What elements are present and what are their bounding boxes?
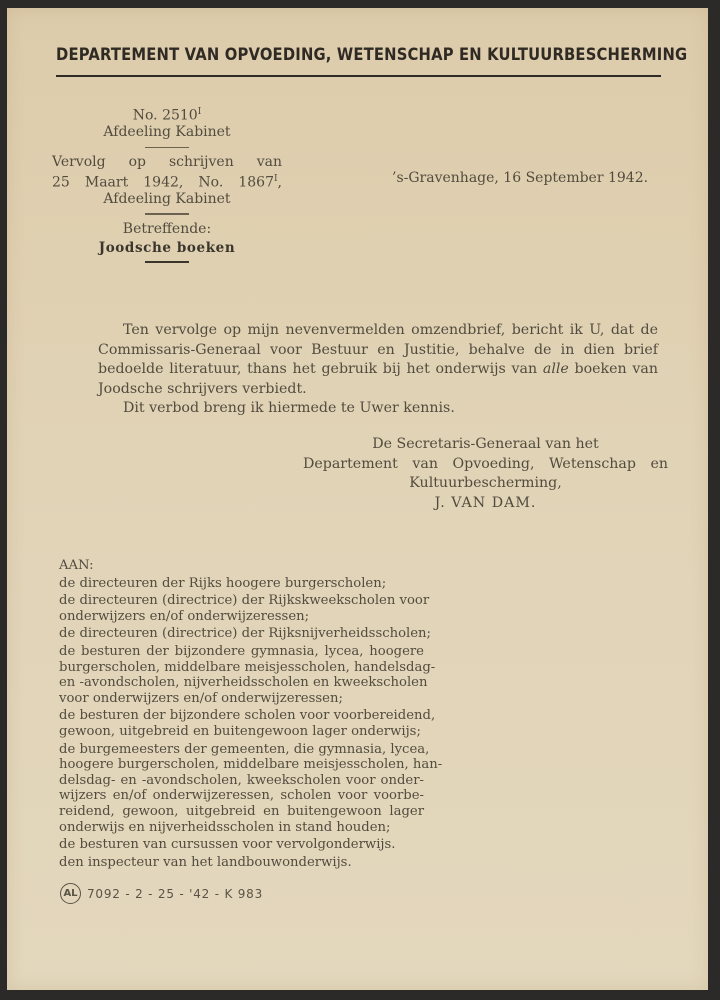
recipient-line: en -avondscholen, nijverheidsscholen en … [59,675,424,691]
followup-department: Afdeeling Kabinet [52,191,282,208]
body-paragraph-2: Dit verbod breng ik hiermede te Uwer ken… [98,399,658,419]
recipient-line: de besturen van cursussen voor vervolgon… [59,837,424,853]
print-code: 7092 - 2 - 25 - '42 - K 983 [87,887,263,901]
subject-label: Betreffende: [52,221,282,238]
recipient-line: de directeuren (directrice) der Rijksnij… [59,626,424,642]
recipient-item: de directeuren (directrice) der Rijkskwe… [59,593,424,624]
recipient-line: voor onderwijzers en/of onderwijzeressen… [59,691,424,707]
signature-line-3: Kultuurbescherming, [303,474,668,494]
recipient-line: de directeuren der Rijks hoogere burgers… [59,576,424,592]
recipient-item: de besturen der bijzondere gymnasia, lyc… [59,644,424,706]
recipient-line: gewoon, uitgebreid en buitengewoon lager… [59,724,424,740]
recipients-list: AAN: de directeuren der Rijks hoogere bu… [59,558,424,872]
signature-block: De Secretaris-Generaal van het Departeme… [303,435,668,513]
recipient-line: de besturen der bijzondere gymnasia, lyc… [59,644,424,660]
signatory-name: J. VAN DAM. [303,494,668,514]
followup-line-2: 25 Maart 1942, No. 1867I, [52,171,282,191]
recipients-heading: AAN: [59,558,424,574]
reference-department: Afdeeling Kabinet [52,124,282,141]
recipient-line: onderwijs en nijverheidsscholen in stand… [59,820,424,836]
recipient-item: de besturen der bijzondere scholen voor … [59,708,424,739]
recipient-line: reidend, gewoon, uitgebreid en buitengew… [59,804,424,820]
recipient-item: den inspecteur van het landbouwonderwijs… [59,855,424,871]
emphasis: alle [543,361,569,377]
recipient-item: de burgemeesters der gemeenten, die gymn… [59,742,424,836]
signature-line-1: De Secretaris-Generaal van het [303,435,668,455]
divider [145,213,189,215]
dateline: ’s-Gravenhage, 16 September 1942. [392,170,648,186]
body-paragraph-1: Ten vervolge op mijn nevenvermelden omze… [98,321,658,399]
document-page: DEPARTEMENT VAN OPVOEDING, WETENSCHAP EN… [7,8,708,990]
subject-underline [145,261,189,263]
reference-number: No. 2510I [52,104,282,124]
followup-line-1: Vervolg op schrijven van [52,154,282,171]
recipient-line: hoogere burgerscholen, middelbare meisje… [59,757,424,773]
recipient-line: de directeuren (directrice) der Rijkskwe… [59,593,424,609]
recipient-line: onderwijzers en/of onderwijzeressen; [59,609,424,625]
recipient-line: burgerscholen, middelbare meisjesscholen… [59,660,424,676]
reference-block: No. 2510I Afdeeling Kabinet Vervolg op s… [52,104,282,269]
letterhead-rule [56,75,661,77]
printer-mark: AL 7092 - 2 - 25 - '42 - K 983 [60,883,263,904]
recipient-item: de directeuren (directrice) der Rijksnij… [59,626,424,642]
subject: Joodsche boeken [52,240,282,257]
letterhead-title: DEPARTEMENT VAN OPVOEDING, WETENSCHAP EN… [56,45,576,65]
recipient-line: de burgemeesters der gemeenten, die gymn… [59,742,424,758]
recipient-line: wijzers en/of onderwijzeressen, scholen … [59,788,424,804]
divider [145,147,189,149]
printer-logo-icon: AL [60,883,81,904]
recipient-item: de besturen van cursussen voor vervolgon… [59,837,424,853]
signature-line-2: Departement van Opvoeding, Wetenschap en [303,455,668,475]
recipient-line: delsdag- en -avondscholen, kweekscholen … [59,773,424,789]
recipient-line: den inspecteur van het landbouwonderwijs… [59,855,424,871]
recipient-item: de directeuren der Rijks hoogere burgers… [59,576,424,592]
letter-body: Ten vervolge op mijn nevenvermelden omze… [98,321,658,419]
recipient-line: de besturen der bijzondere scholen voor … [59,708,424,724]
